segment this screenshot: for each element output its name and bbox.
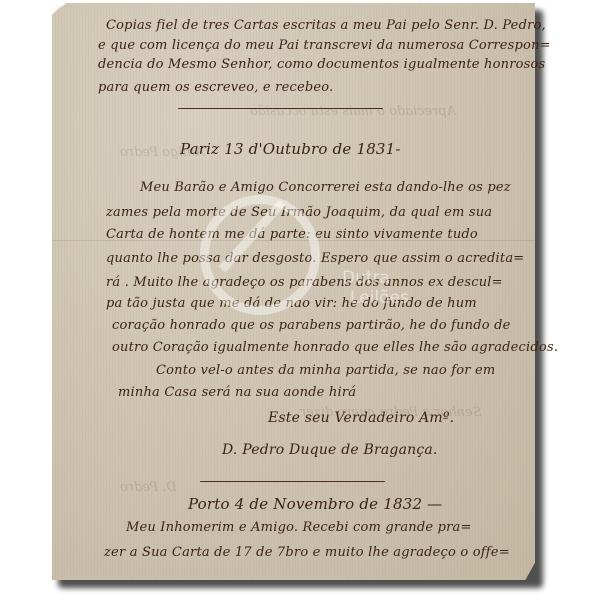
letter1-line-8: outro Coração igualmente honrado que ell… — [112, 340, 558, 355]
letter2-dateline: Porto 4 de Novembro de 1832 — — [188, 495, 442, 513]
document-viewer: Apreciado o mais esta occasião Amigo Ped… — [0, 0, 600, 600]
letter1-line-7: coração honrado que os parabens partirão… — [112, 318, 511, 333]
letter2-line-2: zer a Sua Carta de 17 de 7bro e muito lh… — [104, 545, 510, 560]
letter2-line-1: Meu Inhomerim e Amigo. Recebi com grande… — [126, 520, 472, 535]
watermark-brand-line1: Dutra — [342, 268, 390, 288]
watermark-brand-line2: Leilões — [350, 288, 409, 308]
letter1-line-1: Meu Barão e Amigo Concorrerei esta dando… — [140, 180, 511, 195]
divider-rule — [200, 481, 385, 482]
letter1-signature: D. Pedro Duque de Bragança. — [222, 442, 438, 458]
header-line-1: Copias fiel de tres Cartas escritas a me… — [106, 18, 546, 33]
letter1-line-9: Conto vel-o antes da minha partida, se n… — [156, 363, 495, 378]
bleed-through-text: Apreciado o mais esta occasião — [250, 104, 456, 119]
divider-rule — [178, 108, 383, 109]
bleed-through-text: D. Pedro — [120, 480, 176, 495]
header-line-4: para quem os escreveo, e recebeo. — [98, 80, 333, 95]
letter1-dateline: Pariz 13 d'Outubro de 1831- — [180, 140, 401, 158]
dutra-watermark-circle — [200, 195, 320, 315]
letter1-closing: Este seu Verdadeiro Amº. — [268, 410, 454, 426]
letter1-line-10: minha Casa será na sua aonde hirá — [118, 385, 356, 400]
header-line-3: dencia do Mesmo Senhor, como documentos … — [98, 57, 545, 72]
header-line-2: e que com licença do meu Pai transcrevi … — [98, 38, 551, 53]
